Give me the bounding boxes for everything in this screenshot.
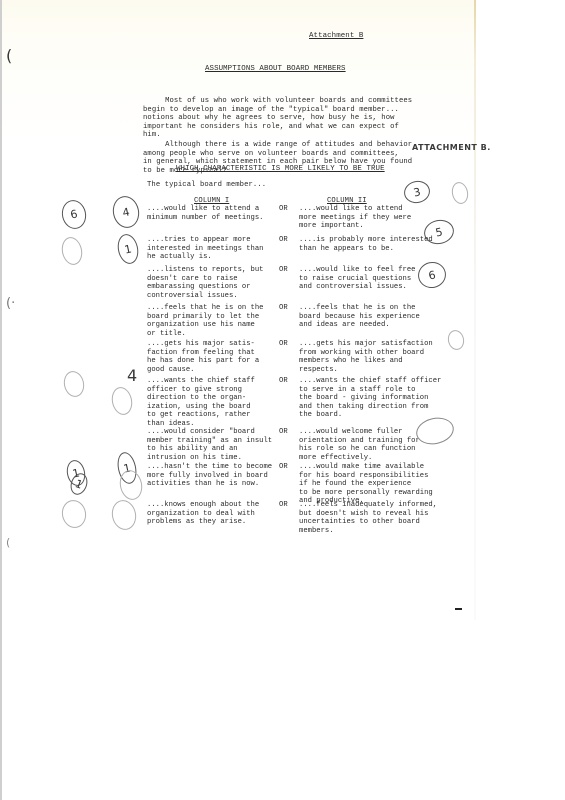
or-separator: OR bbox=[279, 205, 288, 214]
handwritten-mark: (· bbox=[6, 296, 15, 311]
column-1-statement: ....wants the chief staff officer to giv… bbox=[147, 377, 255, 429]
column-1-statement: ....would like to attend a minimum numbe… bbox=[147, 205, 263, 222]
column-2-statement: ....would like to attend more meetings i… bbox=[299, 205, 411, 231]
document-title: ASSUMPTIONS ABOUT BOARD MEMBERS bbox=[205, 65, 346, 74]
section-heading: WHICH CHARACTERISTIC IS MORE LIKELY TO B… bbox=[176, 165, 385, 174]
or-separator: OR bbox=[279, 304, 288, 313]
column-1-statement: ....hasn't the time to become more fully… bbox=[147, 463, 272, 489]
handwritten-attachment-note: ATTACHMENT B. bbox=[412, 143, 491, 152]
handwritten-paren: ( bbox=[6, 46, 12, 65]
or-separator: OR bbox=[279, 501, 288, 510]
attachment-label: Attachment B bbox=[309, 32, 363, 41]
column-2-statement: ....would welcome fuller orientation and… bbox=[299, 428, 420, 462]
intro-paragraph-1: Most of us who work with volunteer board… bbox=[143, 97, 412, 140]
column-1-statement: ....would consider "board member trainin… bbox=[147, 428, 272, 462]
column-1-statement: ....gets his major satis- faction from f… bbox=[147, 340, 259, 374]
or-separator: OR bbox=[279, 340, 288, 349]
column-2-statement: ....feels that he is on the board becaus… bbox=[299, 304, 420, 330]
handwritten-number: 4 bbox=[127, 366, 137, 385]
column-2-statement: ....gets his major satisfaction from wor… bbox=[299, 340, 433, 374]
column-2-statement: ....would like to feel free to raise cru… bbox=[299, 266, 415, 292]
section-lead: The typical board member... bbox=[147, 181, 266, 190]
or-separator: OR bbox=[279, 236, 288, 245]
column-2-statement: ....would make time available for his bo… bbox=[299, 463, 433, 506]
or-separator: OR bbox=[279, 377, 288, 386]
page-edge bbox=[474, 0, 476, 620]
column-1-statement: ....knows enough about the organization … bbox=[147, 501, 259, 527]
or-separator: OR bbox=[279, 463, 288, 472]
or-separator: OR bbox=[279, 266, 288, 275]
column-2-statement: ....feels inadequately informed, but doe… bbox=[299, 501, 437, 535]
column-1-statement: ....feels that he is on the board primar… bbox=[147, 304, 263, 338]
column-1-statement: ....tries to appear more interested in m… bbox=[147, 236, 263, 262]
column-2-statement: ....wants the chief staff officer to ser… bbox=[299, 377, 441, 420]
handwritten-paren: ( bbox=[6, 536, 10, 549]
or-separator: OR bbox=[279, 428, 288, 437]
column-1-statement: ....listens to reports, but doesn't care… bbox=[147, 266, 263, 300]
scan-mark bbox=[455, 608, 462, 610]
column-2-statement: ....is probably more interested than he … bbox=[299, 236, 433, 253]
